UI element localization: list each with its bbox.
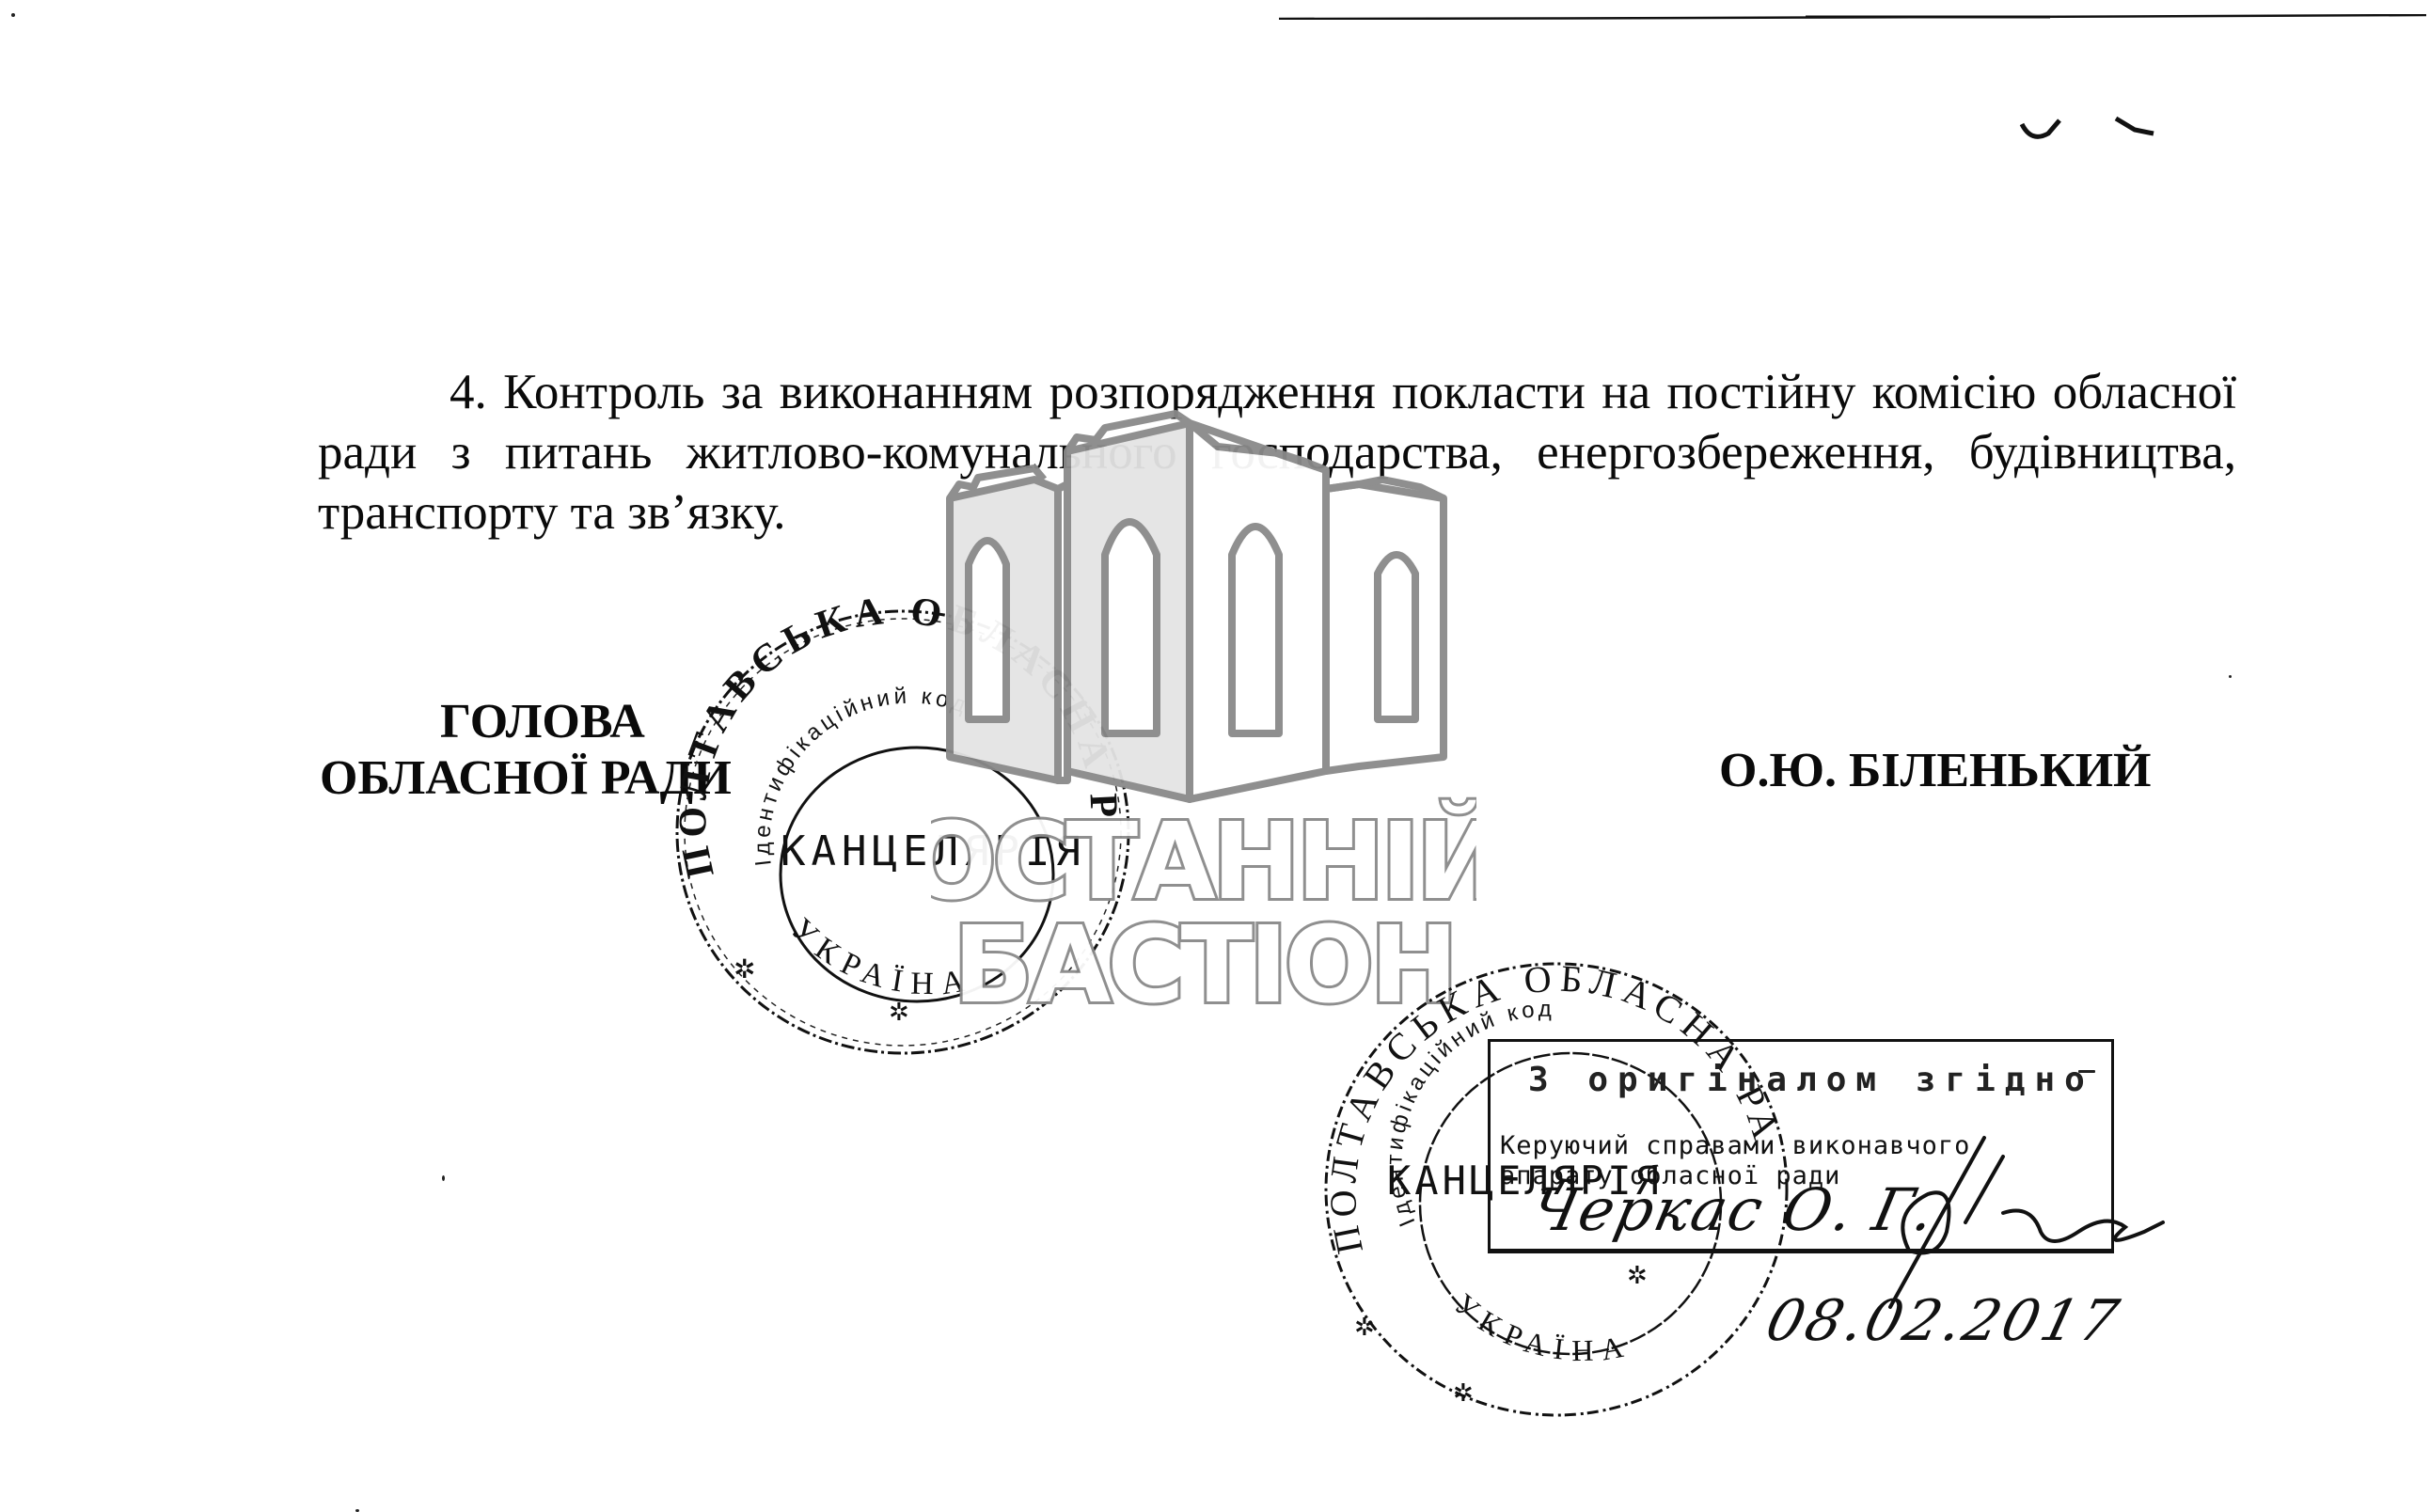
- seal-star-icon: ✲: [1354, 1314, 1375, 1341]
- handwritten-date: 08.02.2017: [1759, 1288, 2127, 1354]
- paragraph-number: 4.: [450, 365, 487, 419]
- scan-speck: [2078, 1070, 2095, 1073]
- seal-star-icon: ✲: [889, 999, 909, 1026]
- svg-text:УКРАЇНА: УКРАЇНА: [784, 911, 976, 1001]
- scan-speck: [2229, 675, 2232, 678]
- seal-left-bottom-text: УКРАЇНА: [784, 911, 976, 1001]
- paragraph-text: Контроль за виконанням розпорядження пок…: [318, 365, 2236, 540]
- scan-marks: [2012, 113, 2182, 150]
- seal-left: ПОЛТАВСЬКА ОБЛАСНА РАДА Ідентифікаційний…: [649, 592, 1157, 1063]
- svg-text:УКРАЇНА: УКРАЇНА: [1448, 1286, 1635, 1367]
- stamp-title: З оригіналом згідно: [1528, 1061, 2094, 1099]
- scan-edge-line: [1279, 8, 2426, 13]
- seal-left-center-text: КАНЦЕЛЯРІЯ: [781, 827, 1086, 875]
- paragraph-4: 4. Контроль за виконанням розпорядження …: [318, 362, 2236, 543]
- seal-star-icon: ✲: [1453, 1379, 1474, 1407]
- seal-right-bottom-text: УКРАЇНА: [1448, 1286, 1635, 1367]
- seal-star-icon: ✲: [1627, 1262, 1648, 1289]
- seal-star-icon: ✲: [734, 955, 755, 984]
- signatory-name: О.Ю. БІЛЕНЬКИЙ: [1719, 743, 2151, 798]
- scan-speck: [11, 13, 15, 17]
- scan-speck: [442, 1175, 445, 1181]
